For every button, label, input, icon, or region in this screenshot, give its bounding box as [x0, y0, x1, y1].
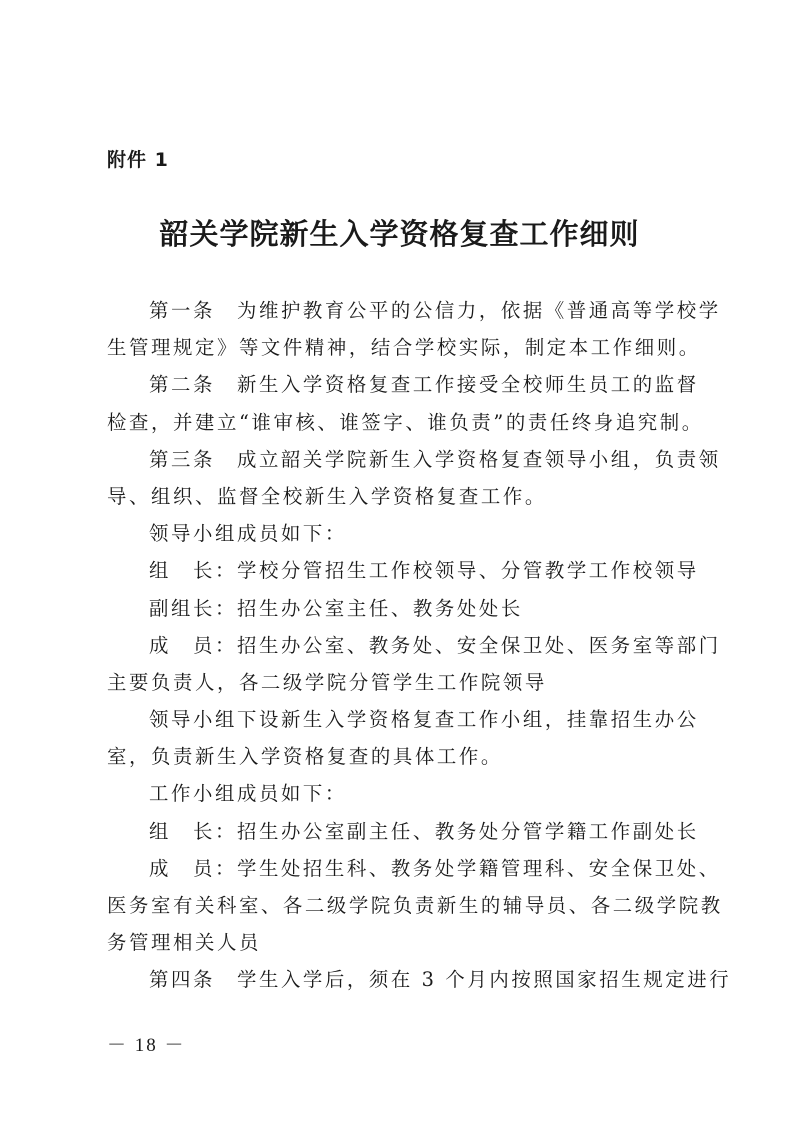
body-line: 室，负责新生入学资格复查的具体工作。 [107, 738, 697, 775]
body-line: 第一条 为维护教育公平的公信力，依据《普通高等学校学 [107, 292, 697, 329]
body-line: 生管理规定》等文件精神，结合学校实际，制定本工作细则。 [107, 329, 697, 366]
body-line: 领导小组成员如下： [107, 515, 697, 552]
body-line: 第四条 学生入学后，须在 3 个月内按照国家招生规定进行 [107, 961, 697, 998]
body-line: 第二条 新生入学资格复查工作接受全校师生员工的监督 [107, 366, 697, 403]
body-line: 检查，并建立“谁审核、谁签字、谁负责”的责任终身追究制。 [107, 404, 697, 441]
attachment-label: 附件 1 [107, 148, 169, 172]
document-body: 第一条 为维护教育公平的公信力，依据《普通高等学校学 生管理规定》等文件精神，结… [107, 292, 697, 999]
body-line: 成 员：招生办公室、教务处、安全保卫处、医务室等部门 [107, 627, 697, 664]
body-line: 主要负责人，各二级学院分管学生工作院领导 [107, 664, 697, 701]
body-line: 组 长：招生办公室副主任、教务处分管学籍工作副处长 [107, 813, 697, 850]
body-line: 副组长：招生办公室主任、教务处处长 [107, 590, 697, 627]
page-number: － 18 － [107, 1034, 186, 1058]
body-line: 领导小组下设新生入学资格复查工作小组，挂靠招生办公 [107, 701, 697, 738]
body-line: 医务室有关科室、各二级学院负责新生的辅导员、各二级学院教 [107, 887, 697, 924]
body-line: 成 员：学生处招生科、教务处学籍管理科、安全保卫处、 [107, 850, 697, 887]
body-line: 组 长：学校分管招生工作校领导、分管教学工作校领导 [107, 552, 697, 589]
body-line: 第三条 成立韶关学院新生入学资格复查领导小组，负责领 [107, 441, 697, 478]
document-title: 韶关学院新生入学资格复查工作细则 [0, 214, 793, 254]
body-line: 导、组织、监督全校新生入学资格复查工作。 [107, 478, 697, 515]
body-line: 工作小组成员如下： [107, 775, 697, 812]
body-line: 务管理相关人员 [107, 924, 697, 961]
